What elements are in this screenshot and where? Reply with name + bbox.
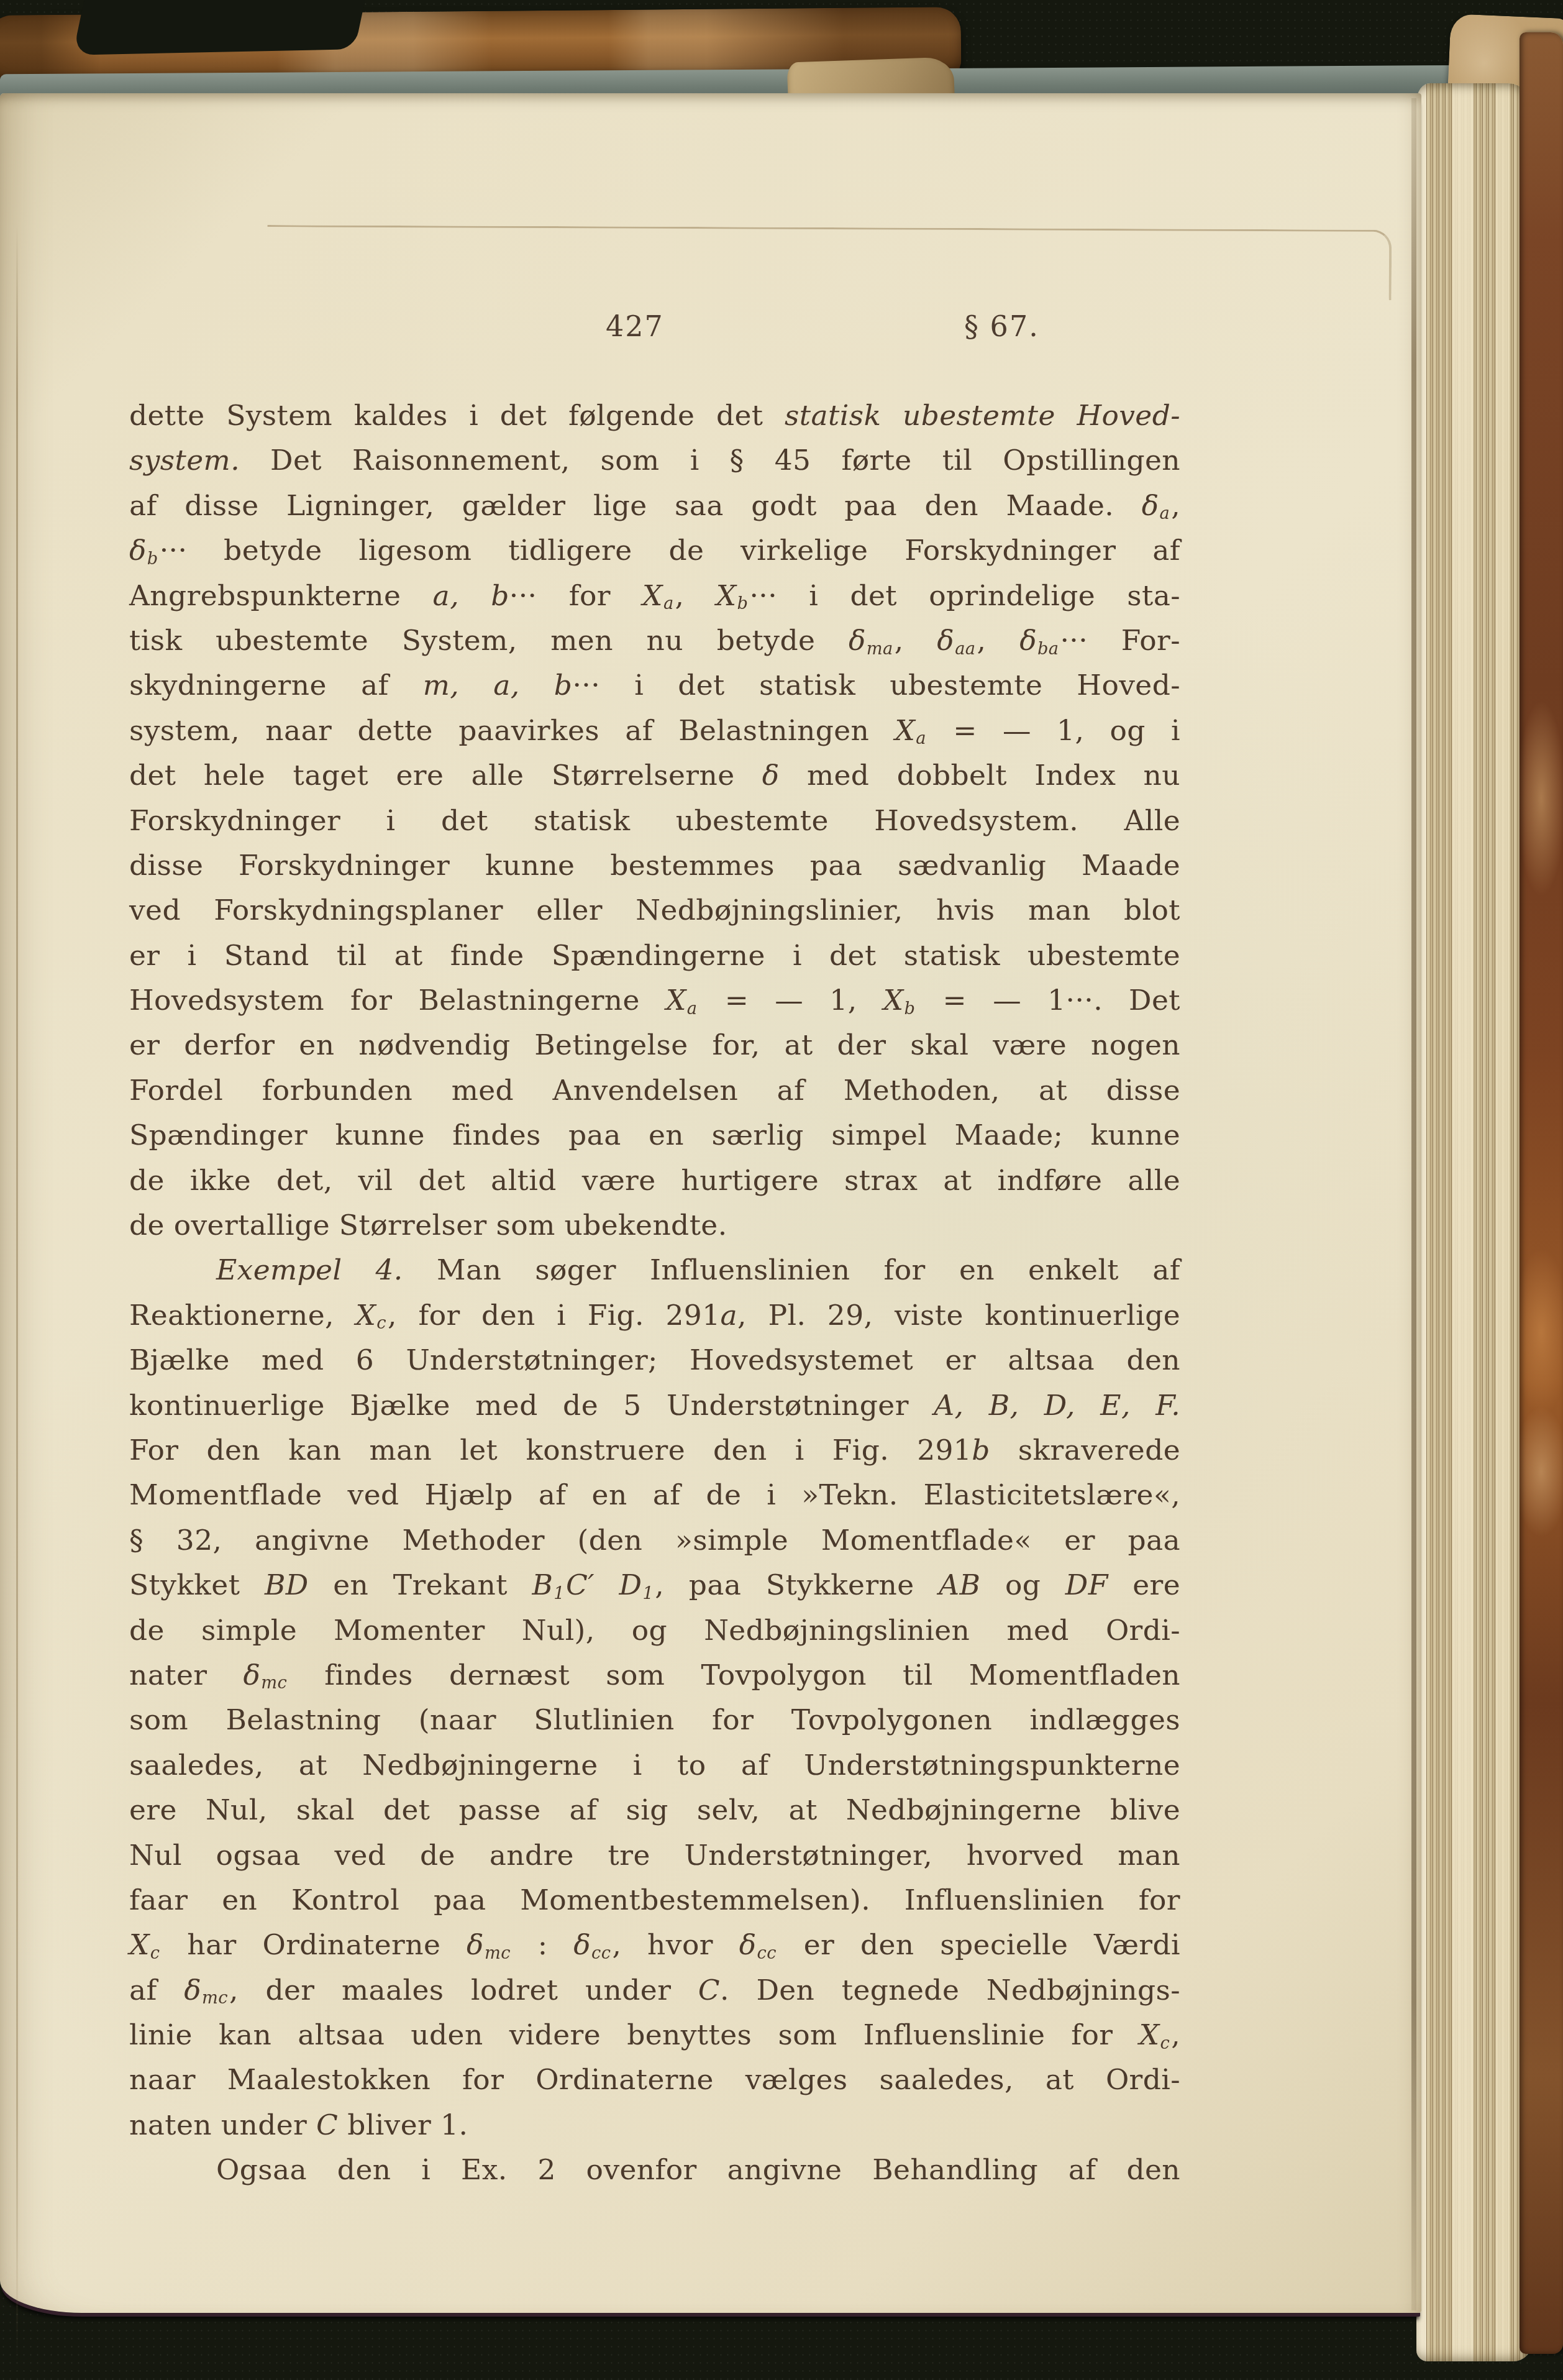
body-text: bliver 1.	[338, 2108, 468, 2141]
body-text: , hvor	[612, 1928, 739, 1961]
text-line: er derfor en nødvendig Betingelse for, a…	[129, 1023, 1180, 1068]
spine-shadow-notch	[73, 0, 367, 55]
text-line: naar Maalestokken for Ordinaterne vælges…	[129, 2057, 1180, 2102]
subscript-text: c	[376, 1314, 386, 1333]
text-line: Xc har Ordinaterne δmc : δcc, hvor δcc e…	[129, 1923, 1180, 1967]
body-text: Angrebspunkterne	[129, 579, 433, 612]
text-line: Nul ogsaa ved de andre tre Understøtning…	[129, 1833, 1180, 1878]
body-text: nater	[129, 1659, 243, 1691]
body-text: Reaktionerne,	[129, 1299, 356, 1332]
text-line: af disse Ligninger, gælder lige saa godt…	[129, 483, 1180, 528]
body-text: af disse Ligninger, gælder lige saa godt…	[129, 489, 1142, 522]
subscript-text: a	[663, 594, 674, 613]
body-text: kontinuerlige Bjælke med de 5 Understøtn…	[129, 1389, 934, 1422]
body-text: saaledes, at Nedbøjningerne i to af Unde…	[129, 1749, 1180, 1782]
subscript-text: 1	[642, 1584, 654, 1603]
italic-text: δ	[1019, 624, 1037, 657]
under-sheet-edge	[267, 225, 1392, 300]
italic-text: δ	[762, 759, 780, 792]
text-line: de simple Momenter Nul), og Nedbøjningsl…	[129, 1608, 1180, 1653]
subscript-text: cc	[591, 1944, 611, 1963]
body-text: er den specielle Værdi	[778, 1928, 1180, 1961]
italic-text: δ	[1142, 489, 1159, 522]
subscript-text: ba	[1037, 639, 1059, 659]
italic-text: δ	[243, 1659, 260, 1691]
italic-text: X	[716, 579, 737, 612]
body-text: ere	[1108, 1568, 1180, 1601]
italic-text: A, B, D, E, F.	[934, 1389, 1180, 1422]
italic-text: system.	[129, 444, 240, 477]
text-line: Ogsaa den i Ex. 2 ovenfor angivne Behand…	[129, 2148, 1180, 2192]
italic-text: B	[532, 1568, 553, 1601]
body-text: dette System kaldes i det følgende det	[129, 399, 785, 432]
italic-text: statisk ubestemte Hoved-	[785, 399, 1180, 432]
text-line: Angrebspunkterne a, b··· for Xa, Xb··· i…	[129, 574, 1180, 618]
subscript-text: b	[147, 549, 158, 569]
italic-text: Exempel 4.	[216, 1253, 403, 1286]
italic-text: DF	[1065, 1568, 1108, 1601]
subscript-text: b	[737, 594, 749, 613]
text-line: Stykket BD en Trekant B1C′ D1, paa Stykk…	[129, 1563, 1180, 1608]
body-text: Nul ogsaa ved de andre tre Understøtning…	[129, 1839, 1180, 1872]
text-line: linie kan altsaa uden videre benyttes so…	[129, 2013, 1180, 2057]
body-text: findes dernæst som Tovpolygon til Moment…	[288, 1659, 1180, 1691]
text-line: af δmc, der maales lodret under C. Den t…	[129, 1968, 1180, 2013]
text-line: skydningerne af m, a, b··· i det statisk…	[129, 663, 1180, 708]
page-number: 427	[606, 309, 664, 349]
body-text: = — 1,	[699, 984, 883, 1017]
body-text: tisk ubestemte System, men nu betyde	[129, 624, 849, 657]
body-text: af	[129, 1974, 184, 2007]
section-mark: § 67.	[964, 309, 1039, 349]
text-line: δb··· betyde ligesom tidligere de virkel…	[129, 528, 1180, 573]
italic-text: AB	[939, 1568, 980, 1601]
body-text: Det Raisonnement, som i § 45 førte til O…	[240, 444, 1180, 477]
body-text: skydningerne af	[129, 669, 423, 702]
italic-text: b	[972, 1434, 990, 1467]
subscript-text: b	[905, 999, 916, 1018]
italic-text: X	[666, 984, 686, 1017]
text-line: Fordel forbunden med Anvendelsen af Meth…	[129, 1068, 1180, 1113]
body-text: ··· i det oprindelige sta-	[749, 579, 1180, 612]
body-text: :	[512, 1928, 573, 1961]
body-text: Momentflade ved Hjælp af en af de i »Tek…	[129, 1478, 1180, 1511]
subscript-text: a	[1159, 504, 1170, 523]
body-text: system, naar dette paavirkes af Belastni…	[129, 714, 895, 747]
text-line: faar en Kontrol paa Momentbestemmelsen).…	[129, 1878, 1180, 1923]
body-text: For den kan man let konstruere den i Fig…	[129, 1434, 972, 1467]
subscript-text: mc	[261, 1673, 287, 1693]
italic-text: m, a, b	[423, 669, 573, 702]
text-line: kontinuerlige Bjælke med de 5 Understøtn…	[129, 1383, 1180, 1428]
text-line: disse Forskydninger kunne bestemmes paa …	[129, 843, 1180, 888]
body-text: en Trekant	[309, 1568, 532, 1601]
subscript-text: aa	[955, 639, 975, 659]
body-text: er derfor en nødvendig Betingelse for, a…	[129, 1028, 1180, 1061]
text-block: dette System kaldes i det følgende det s…	[129, 393, 1180, 2193]
body-text: naar Maalestokken for Ordinaterne vælges…	[129, 2063, 1180, 2096]
body-text: Ogsaa den i Ex. 2 ovenfor angivne Behand…	[216, 2153, 1180, 2186]
italic-text: BD	[265, 1568, 309, 1601]
page-left-crease	[16, 224, 18, 2361]
body-text: naten under	[129, 2108, 316, 2141]
body-text: disse Forskydninger kunne bestemmes paa …	[129, 849, 1180, 882]
page-stack-seam	[1411, 98, 1416, 2310]
body-text: Hovedsystem for Belastningerne	[129, 984, 666, 1017]
body-text: Bjælke med 6 Understøtninger; Hovedsyste…	[129, 1343, 1180, 1376]
scanned-book-photo: { "scene": { "background_color": "#15180…	[0, 0, 1563, 2380]
back-cover-leather-edge	[1520, 32, 1563, 2354]
fore-edge-page-stack	[1416, 83, 1532, 2361]
text-line: nater δmc findes dernæst som Tovpolygon …	[129, 1653, 1180, 1698]
body-text: ,	[1171, 2018, 1180, 2051]
text-line: er i Stand til at finde Spændingerne i d…	[129, 933, 1180, 978]
italic-text: δ	[739, 1928, 757, 1961]
body-text: Stykket	[129, 1568, 265, 1601]
body-text: Fordel forbunden med Anvendelsen af Meth…	[129, 1074, 1180, 1107]
body-text: ··· for	[509, 579, 642, 612]
body-text: Forskydninger i det statisk ubestemte Ho…	[129, 804, 1180, 837]
italic-text: C	[316, 2108, 338, 2141]
subscript-text: mc	[485, 1944, 511, 1963]
body-text: er i Stand til at finde Spændingerne i d…	[129, 939, 1180, 972]
italic-text: δ	[467, 1928, 484, 1961]
text-line: dette System kaldes i det følgende det s…	[129, 393, 1180, 438]
text-line: ere Nul, skal det passe af sig selv, at …	[129, 1788, 1180, 1833]
body-text: ,	[977, 624, 1020, 657]
italic-text: X	[883, 984, 904, 1017]
italic-text: δ	[129, 534, 147, 567]
body-text: , Pl. 29, viste kontinuerlige	[737, 1299, 1180, 1332]
body-text: . Den tegnede Nedbøjnings-	[720, 1974, 1180, 2007]
body-text: de ikke det, vil det altid være hurtiger…	[129, 1164, 1180, 1197]
body-text: ··· betyde ligesom tidligere de virkelig…	[160, 534, 1180, 567]
body-text: har Ordinaterne	[162, 1928, 467, 1961]
body-text: = — 1, og i	[927, 714, 1180, 747]
text-line: Momentflade ved Hjælp af en af de i »Tek…	[129, 1473, 1180, 1517]
subscript-text: ma	[867, 639, 893, 659]
italic-text: X	[642, 579, 663, 612]
body-text: § 32, angivne Methoder (den »simple Mome…	[129, 1524, 1180, 1557]
subscript-text: a	[916, 729, 926, 748]
text-line: ved Forskydningsplaner eller Nedbøjnings…	[129, 888, 1180, 933]
body-text: ··· For-	[1060, 624, 1180, 657]
body-text: , paa Stykkerne	[655, 1568, 939, 1601]
italic-text: X	[356, 1299, 376, 1332]
text-line: naten under C bliver 1.	[129, 2103, 1180, 2148]
text-line: § 32, angivne Methoder (den »simple Mome…	[129, 1518, 1180, 1563]
subscript-text: cc	[757, 1944, 776, 1963]
text-line: det hele taget ere alle Størrelserne δ m…	[129, 753, 1180, 798]
text-line: Spændinger kunne findes paa en særlig si…	[129, 1113, 1180, 1158]
text-line: Reaktionerne, Xc, for den i Fig. 291a, P…	[129, 1293, 1180, 1338]
body-text: ··· i det statisk ubestemte Hoved-	[572, 669, 1180, 702]
subscript-text: c	[150, 1944, 160, 1963]
body-text: Spændinger kunne findes paa en særlig si…	[129, 1119, 1180, 1151]
body-text: = — 1···. Det	[916, 984, 1180, 1017]
subscript-text: a	[687, 999, 698, 1018]
text-line: system. Det Raisonnement, som i § 45 før…	[129, 438, 1180, 483]
text-line: de overtallige Størrelser som ubekendte.	[129, 1203, 1180, 1248]
italic-text: C	[698, 1974, 720, 2007]
text-line: For den kan man let konstruere den i Fig…	[129, 1428, 1180, 1473]
body-text: som Belastning (naar Slutlinien for Tovp…	[129, 1703, 1180, 1736]
italic-text: a, b	[433, 579, 509, 612]
body-text: , for den i Fig. 291	[388, 1299, 721, 1332]
body-text: faar en Kontrol paa Momentbestemmelsen).…	[129, 1883, 1180, 1916]
text-line: som Belastning (naar Slutlinien for Tovp…	[129, 1698, 1180, 1742]
text-line: tisk ubestemte System, men nu betyde δma…	[129, 618, 1180, 663]
body-text: ved Forskydningsplaner eller Nedbøjnings…	[129, 894, 1180, 927]
body-text: de overtallige Størrelser som ubekendte.	[129, 1209, 727, 1242]
body-text: det hele taget ere alle Størrelserne	[129, 759, 762, 792]
body-text: ,	[895, 624, 937, 657]
italic-text: X	[129, 1928, 150, 1961]
subscript-text: c	[1160, 2034, 1170, 2053]
body-text: ere Nul, skal det passe af sig selv, at …	[129, 1793, 1180, 1826]
subscript-text: 1	[554, 1584, 565, 1603]
body-text: ,	[675, 579, 716, 612]
text-line: system, naar dette paavirkes af Belastni…	[129, 708, 1180, 753]
body-text: Man søger Influenslinien for en enkelt a…	[403, 1253, 1180, 1286]
body-text: linie kan altsaa uden videre benyttes so…	[129, 2018, 1139, 2051]
text-line: de ikke det, vil det altid være hurtiger…	[129, 1158, 1180, 1203]
body-text: de simple Momenter Nul), og Nedbøjningsl…	[129, 1614, 1180, 1647]
body-text: , der maales lodret under	[229, 1974, 698, 2007]
text-line: Hovedsystem for Belastningerne Xa = — 1,…	[129, 978, 1180, 1023]
italic-text: C′ D	[566, 1568, 642, 1601]
text-line: Bjælke med 6 Understøtninger; Hovedsyste…	[129, 1338, 1180, 1383]
body-text: skraverede	[990, 1434, 1180, 1467]
text-line: Exempel 4. Man søger Influenslinien for …	[129, 1248, 1180, 1293]
body-text: med dobbelt Index nu	[780, 759, 1180, 792]
subscript-text: mc	[202, 1989, 228, 2008]
body-text: ,	[1171, 489, 1180, 522]
italic-text: δ	[573, 1928, 591, 1961]
italic-text: X	[1139, 2018, 1160, 2051]
italic-text: a	[721, 1299, 738, 1332]
italic-text: δ	[849, 624, 866, 657]
body-text: og	[980, 1568, 1065, 1601]
italic-text: δ	[184, 1974, 201, 2007]
text-line: saaledes, at Nedbøjningerne i to af Unde…	[129, 1743, 1180, 1788]
italic-text: X	[895, 714, 915, 747]
italic-text: δ	[937, 624, 954, 657]
text-line: Forskydninger i det statisk ubestemte Ho…	[129, 799, 1180, 843]
